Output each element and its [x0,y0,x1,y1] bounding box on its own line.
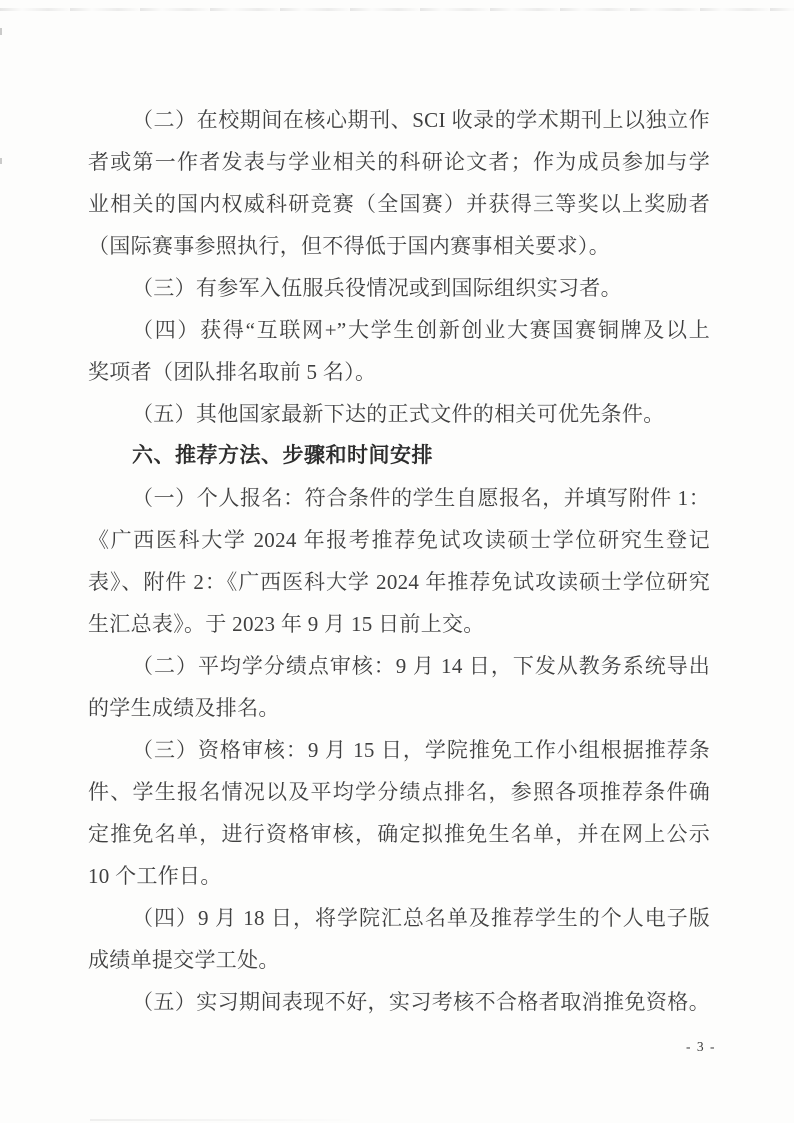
scan-artifact-top-edge [0,8,794,11]
document-line: 成绩单提交学工处。 [88,939,710,981]
document-line: 者或第一作者发表与学业相关的科研论文者；作为成员参加与学 [88,141,710,183]
page-number: - 3 - [686,1038,716,1056]
scan-artifact-left-tick [0,158,2,164]
document-line: 定推免名单，进行资格审核，确定拟推免生名单，并在网上公示 [88,813,710,855]
document-line: 10 个工作日。 [88,855,710,897]
document-line: （二）在校期间在核心期刊、SCI 收录的学术期刊上以独立作 [88,99,710,141]
document-content: （二）在校期间在核心期刊、SCI 收录的学术期刊上以独立作者或第一作者发表与学业… [88,99,710,1023]
document-line: 生汇总表》。于 2023 年 9 月 15 日前上交。 [88,603,710,645]
document-line: 业相关的国内权威科研竞赛（全国赛）并获得三等奖以上奖励者 [88,183,710,225]
document-line: （一）个人报名：符合条件的学生自愿报名，并填写附件 1： [88,477,710,519]
document-line: （国际赛事参照执行，但不得低于国内赛事相关要求）。 [88,225,710,267]
document-line: 《广西医科大学 2024 年报考推荐免试攻读硕士学位研究生登记 [88,519,710,561]
document-line: 表》、附件 2：《广西医科大学 2024 年推荐免试攻读硕士学位研究 [88,561,710,603]
document-line: （五）其他国家最新下达的正式文件的相关可优先条件。 [88,393,710,435]
document-line: （四）9 月 18 日，将学院汇总名单及推荐学生的个人电子版 [88,897,710,939]
document-line: 件、学生报名情况以及平均学分绩点排名，参照各项推荐条件确 [88,771,710,813]
document-page: （二）在校期间在核心期刊、SCI 收录的学术期刊上以独立作者或第一作者发表与学业… [0,0,794,1123]
document-line: 奖项者（团队排名取前 5 名）。 [88,351,710,393]
document-line: 的学生成绩及排名。 [88,687,710,729]
scan-artifact-bottom-edge [90,1119,350,1121]
document-line: （五）实习期间表现不好，实习考核不合格者取消推免资格。 [88,981,710,1023]
document-line: （三）有参军入伍服兵役情况或到国际组织实习者。 [88,267,710,309]
document-line: （二）平均学分绩点审核：9 月 14 日，下发从教务系统导出 [88,645,710,687]
section-heading: 六、推荐方法、步骤和时间安排 [88,435,710,477]
document-line: （四）获得“互联网+”大学生创新创业大赛国赛铜牌及以上 [88,309,710,351]
document-line: （三）资格审核：9 月 15 日，学院推免工作小组根据推荐条 [88,729,710,771]
scan-artifact-left-tick [0,28,2,35]
